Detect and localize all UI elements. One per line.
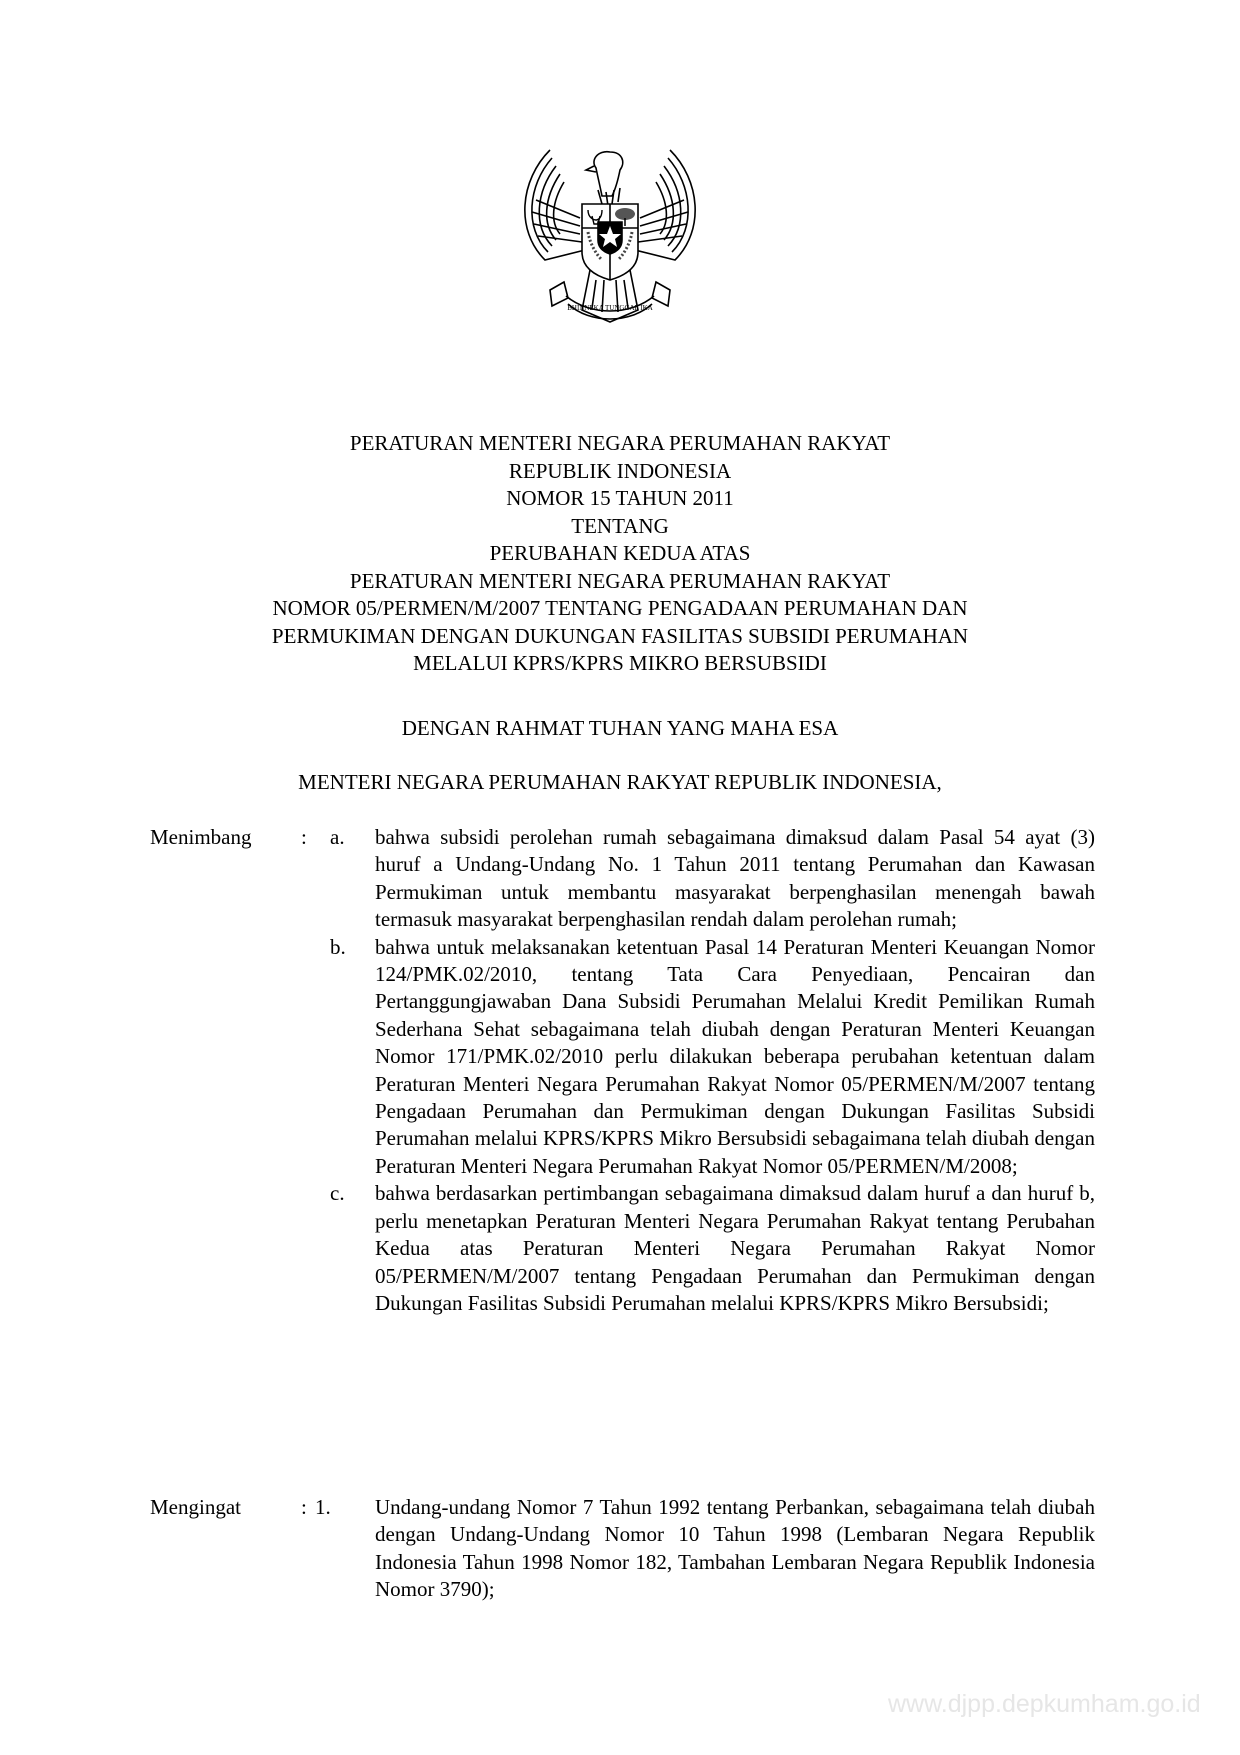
section-colon: : <box>301 1494 307 1521</box>
title-line: REPUBLIK INDONESIA <box>0 458 1240 486</box>
title-line: PERMUKIMAN DENGAN DUKUNGAN FASILITAS SUB… <box>0 623 1240 651</box>
menimbang-section: Menimbang : a. bahwa subsidi perolehan r… <box>150 824 1095 1317</box>
garuda-pancasila-emblem-icon: BHINNEKA TUNGGAL IKA <box>490 140 730 340</box>
item-marker: 1. <box>315 1494 331 1521</box>
item-text: bahwa berdasarkan pertimbangan sebagaima… <box>375 1180 1095 1317</box>
title-line: PERUBAHAN KEDUA ATAS <box>0 540 1240 568</box>
item-marker: a. <box>330 824 345 851</box>
section-label: Mengingat <box>150 1494 241 1521</box>
title-line: PERATURAN MENTERI NEGARA PERUMAHAN RAKYA… <box>0 430 1240 458</box>
title-line: PERATURAN MENTERI NEGARA PERUMAHAN RAKYA… <box>0 568 1240 596</box>
list-item: c. bahwa berdasarkan pertimbangan sebaga… <box>150 1180 1095 1317</box>
list-item: Mengingat : 1. Undang-undang Nomor 7 Tah… <box>150 1494 1095 1604</box>
watermark-link[interactable]: www.djpp.depkumham.go.id <box>888 1690 1201 1719</box>
section-colon: : <box>301 824 307 851</box>
title-line: NOMOR 15 TAHUN 2011 <box>0 485 1240 513</box>
item-marker: c. <box>330 1180 345 1207</box>
item-text: bahwa untuk melaksanakan ketentuan Pasal… <box>375 934 1095 1181</box>
emblem-motto: BHINNEKA TUNGGAL IKA <box>567 304 653 312</box>
regulation-title: PERATURAN MENTERI NEGARA PERUMAHAN RAKYA… <box>0 430 1240 678</box>
title-line: NOMOR 05/PERMEN/M/2007 TENTANG PENGADAAN… <box>0 595 1240 623</box>
title-line: MELALUI KPRS/KPRS MIKRO BERSUBSIDI <box>0 650 1240 678</box>
section-label: Menimbang <box>150 824 251 851</box>
invocation: DENGAN RAHMAT TUHAN YANG MAHA ESA <box>0 716 1240 741</box>
mengingat-section: Mengingat : 1. Undang-undang Nomor 7 Tah… <box>150 1494 1095 1604</box>
title-line: TENTANG <box>0 513 1240 541</box>
item-text: bahwa subsidi perolehan rumah sebagaiman… <box>375 824 1095 934</box>
authority-line: MENTERI NEGARA PERUMAHAN RAKYAT REPUBLIK… <box>0 770 1240 795</box>
list-item: b. bahwa untuk melaksanakan ketentuan Pa… <box>150 934 1095 1181</box>
item-text: Undang-undang Nomor 7 Tahun 1992 tentang… <box>375 1494 1095 1604</box>
list-item: Menimbang : a. bahwa subsidi perolehan r… <box>150 824 1095 934</box>
item-marker: b. <box>330 934 346 961</box>
